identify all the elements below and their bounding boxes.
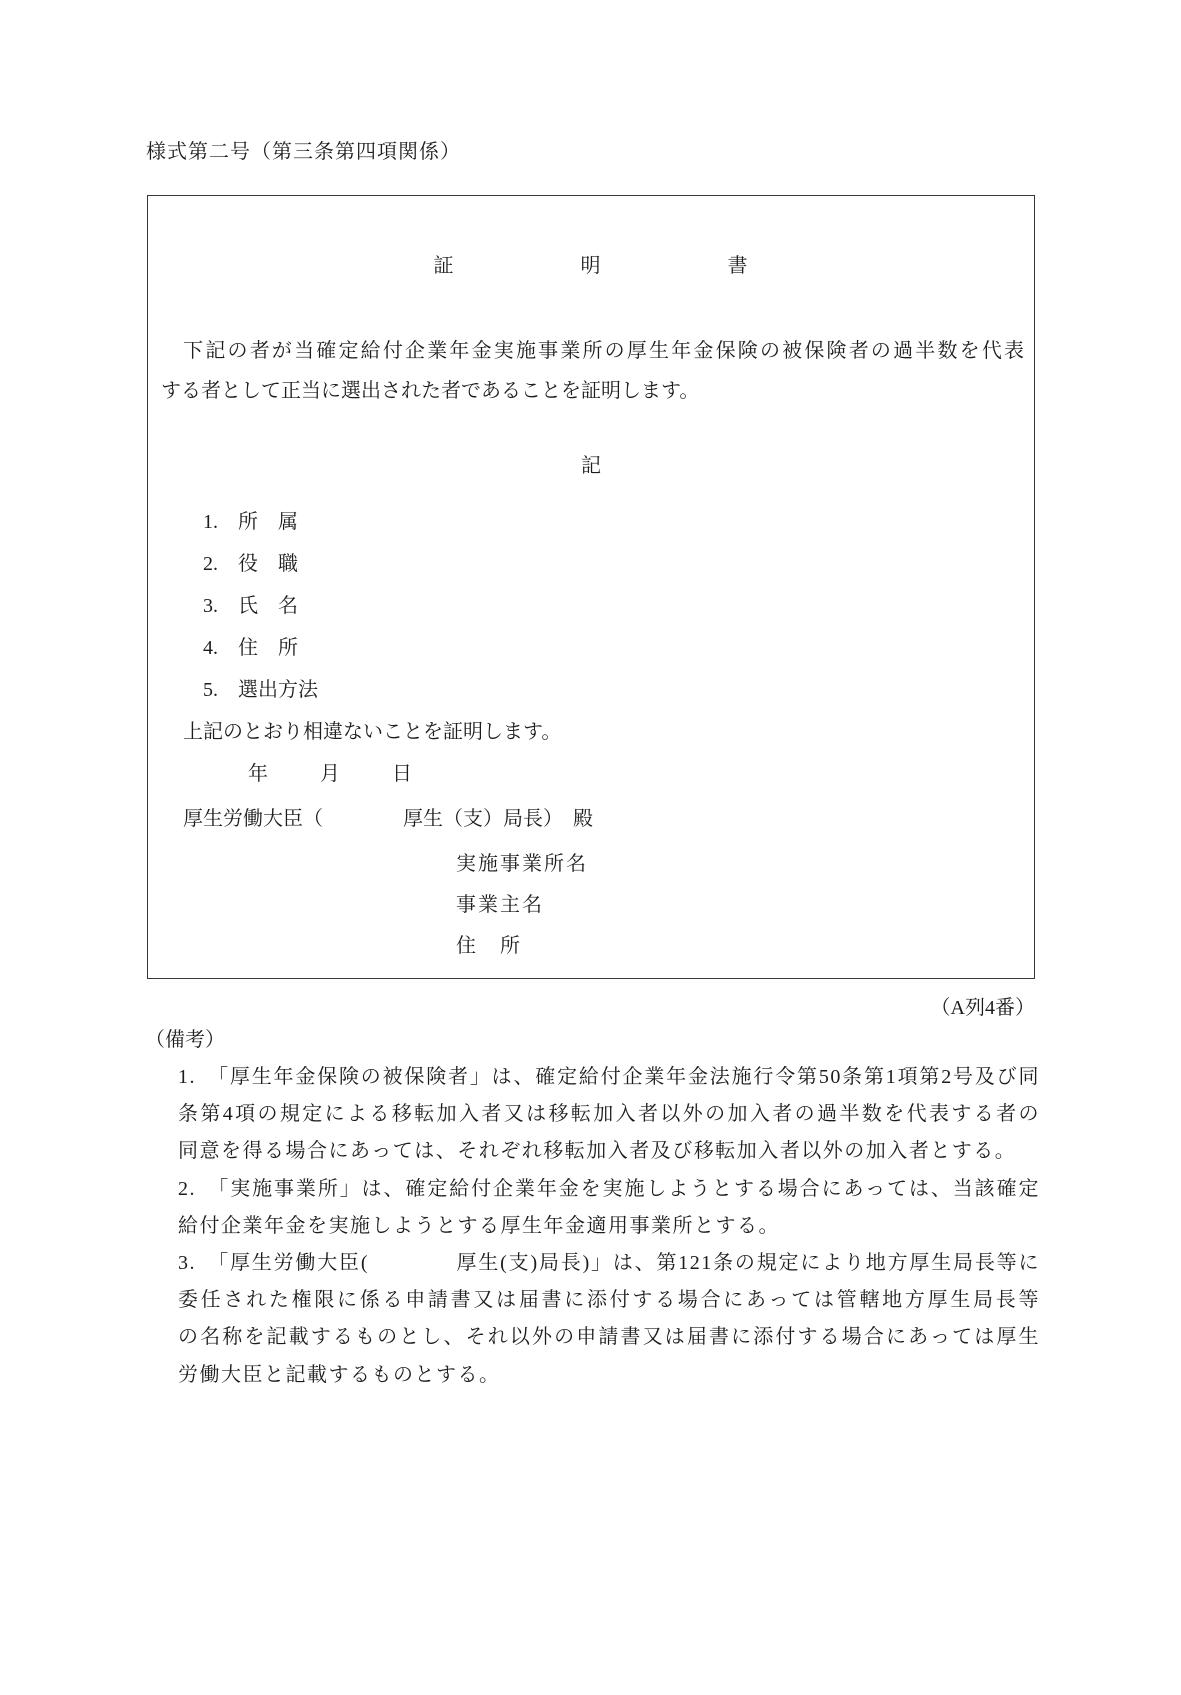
certificate-box: 証 明 書 下記の者が当確定給付企業年金実施事業所の厚生年金保険の被保険者の過半…: [147, 195, 1035, 979]
certificate-body: 下記の者が当確定給付企業年金実施事業所の厚生年金保険の被保険者の過半数を代表する…: [161, 331, 1024, 411]
certificate-item-list: 1. 所 属2. 役 職3. 氏 名4. 住 所5. 選出方法: [203, 501, 318, 711]
remarks-list: 1. 「厚生年金保険の被保険者」は、確定給付企業年金法施行令第50条第1項第2号…: [178, 1059, 1040, 1394]
remarks-heading: （備考）: [145, 1028, 225, 1052]
remark-note-2: 2. 「実施事業所」は、確定給付企業年金を実施しようとする場合にあっては、当該確…: [178, 1171, 1040, 1245]
document-page: 様式第二号（第三条第四項関係） 証 明 書 下記の者が当確定給付企業年金実施事業…: [0, 0, 1181, 1695]
text-line: の名称を記載するものとし、それ以外の申請書又は届書に添付する場合にあっては厚生: [178, 1319, 1040, 1356]
text-line: 1. 「厚生年金保険の被保険者」は、確定給付企業年金法施行令第50条第1項第2号…: [178, 1059, 1040, 1096]
text-line: 給付企業年金を実施しようとする厚生年金適用事業所とする。: [178, 1208, 1040, 1245]
text-line: 3. 「厚生労働大臣( 厚生(支)局長)」は、第121条の規定により地方厚生局長…: [178, 1245, 1040, 1282]
text-line: 労働大臣と記載するものとする。: [178, 1357, 1040, 1394]
remark-note-3: 3. 「厚生労働大臣( 厚生(支)局長)」は、第121条の規定により地方厚生局長…: [178, 1245, 1040, 1394]
text-line: 3. 氏 名: [203, 585, 318, 627]
date-line: 年 月 日: [248, 754, 416, 794]
text-line: 事業主名: [456, 885, 588, 926]
addressee-line: 厚生労働大臣（ 厚生（支）局長） 殿: [183, 799, 593, 839]
attestation-line: 上記のとおり相違ないことを証明します。: [183, 712, 561, 752]
signature-block: 実施事業所名事業主名住 所: [456, 844, 588, 967]
text-line: 5. 選出方法: [203, 669, 318, 711]
certificate-title: 証 明 書: [148, 252, 1034, 280]
text-line: 下記の者が当確定給付企業年金実施事業所の厚生年金保険の被保険者の過半数を代表: [161, 331, 1024, 371]
text-line: 2. 「実施事業所」は、確定給付企業年金を実施しようとする場合にあっては、当該確…: [178, 1171, 1040, 1208]
heading-ki: 記: [148, 452, 1034, 480]
text-line: 1. 所 属: [203, 501, 318, 543]
text-line: 同意を得る場合にあっては、それぞれ移転加入者及び移転加入者以外の加入者とする。: [178, 1133, 1040, 1170]
text-line: 委任された権限に係る申請書又は届書に添付する場合にあっては管轄地方厚生局長等: [178, 1282, 1040, 1319]
paper-size-note: （A列4番）: [733, 997, 1035, 1019]
remark-note-1: 1. 「厚生年金保険の被保険者」は、確定給付企業年金法施行令第50条第1項第2号…: [178, 1059, 1040, 1171]
text-line: 2. 役 職: [203, 543, 318, 585]
text-line: 条第4項の規定による移転加入者又は移転加入者以外の加入者の過半数を代表する者の: [178, 1096, 1040, 1133]
form-number-label: 様式第二号（第三条第四項関係）: [146, 140, 461, 164]
text-line: 住 所: [456, 926, 588, 967]
text-line: 4. 住 所: [203, 627, 318, 669]
text-line: 実施事業所名: [456, 844, 588, 885]
text-line: する者として正当に選出された者であることを証明します。: [161, 371, 1024, 411]
